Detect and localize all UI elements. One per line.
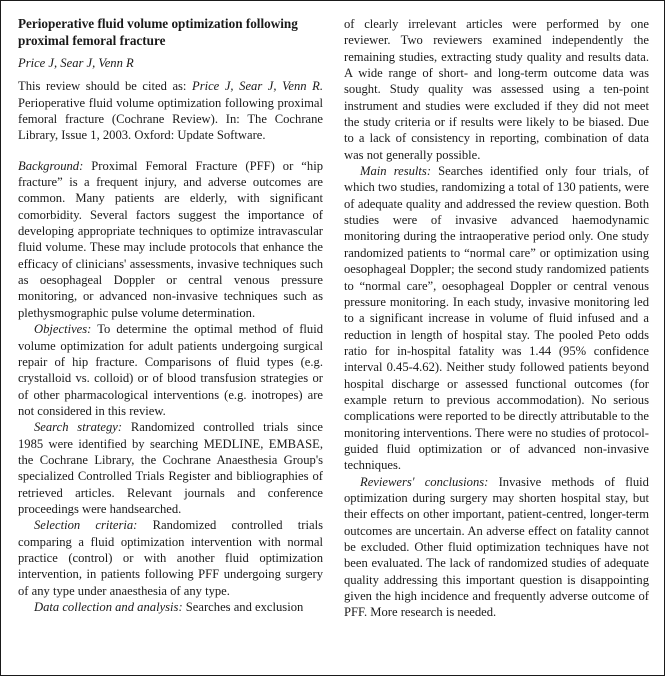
section-background: Background: Proximal Femoral Fracture (P… [18, 158, 323, 321]
left-column: Perioperative fluid volume optimization … [18, 16, 323, 615]
section-text: Searches and exclusion [183, 600, 304, 614]
citation-prefix: This review should be cited as: [18, 79, 192, 93]
section-text: Proximal Femoral Fracture (PFF) or “hip … [18, 159, 323, 320]
section-label: Main results: [360, 164, 431, 178]
abstract-page: Perioperative fluid volume optimization … [0, 0, 665, 676]
section-data-collection: Data collection and analysis: Searches a… [18, 599, 323, 615]
section-main-results: Main results: Searches identified only f… [344, 163, 649, 474]
citation-rest: Perioperative fluid volume optimization … [18, 96, 323, 143]
section-reviewers-conclusions: Reviewers' conclusions: Invasive methods… [344, 474, 649, 621]
section-objectives: Objectives: To determine the optimal met… [18, 321, 323, 419]
citation-note: This review should be cited as: Price J,… [18, 78, 323, 143]
section-text: Randomized controlled trials since 1985 … [18, 420, 323, 516]
article-authors: Price J, Sear J, Venn R [18, 55, 323, 71]
right-column: of clearly irrelevant articles were perf… [344, 16, 649, 621]
section-label: Background: [18, 159, 83, 173]
section-label: Data collection and analysis: [34, 600, 183, 614]
section-data-collection-continued: of clearly irrelevant articles were perf… [344, 16, 649, 163]
article-title: Perioperative fluid volume optimization … [18, 16, 323, 49]
section-text: To determine the optimal method of fluid… [18, 322, 323, 418]
citation-authors: Price J, Sear J, Venn R. [192, 79, 323, 93]
section-search-strategy: Search strategy: Randomized controlled t… [18, 419, 323, 517]
section-text: Invasive methods of fluid optimization d… [344, 475, 649, 620]
section-label: Search strategy: [34, 420, 122, 434]
section-text: Searches identified only four trials, of… [344, 164, 649, 472]
section-selection-criteria: Selection criteria: Randomized controlle… [18, 517, 323, 599]
section-label: Selection criteria: [34, 518, 137, 532]
section-label: Objectives: [34, 322, 91, 336]
section-label: Reviewers' conclusions: [360, 475, 488, 489]
